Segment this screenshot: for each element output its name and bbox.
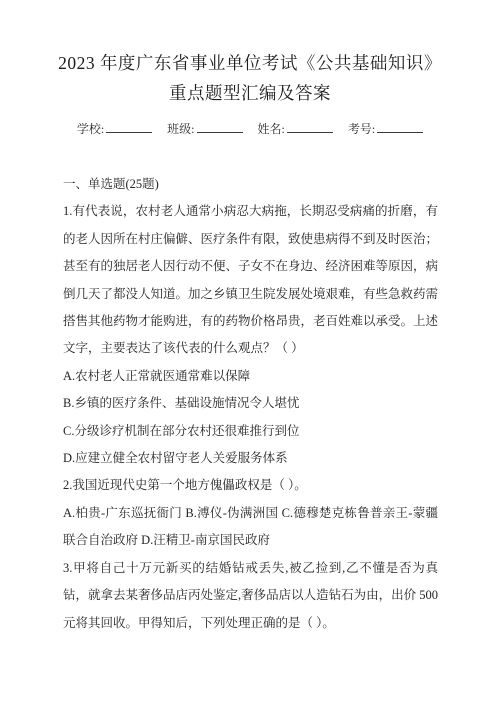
exam-number-field: 考号: xyxy=(348,120,423,137)
question-1-stem: 1.有代表说，农村老人通常小病忍大病拖，长期忍受病痛的折磨，有的老人因所在村庄偏… xyxy=(63,198,438,362)
section-heading: 一、单选题(25题) xyxy=(63,171,438,198)
school-blank xyxy=(106,121,152,133)
question-2: 2.我国近现代史第一个地方傀儡政权是（ ）。 A.柏贵-广东巡抚衙门 B.溥仪-… xyxy=(63,472,438,554)
exam-number-label: 考号: xyxy=(348,122,375,136)
school-field: 学校: xyxy=(77,120,152,137)
exam-number-blank xyxy=(377,121,423,133)
exam-content: 一、单选题(25题) 1.有代表说，农村老人通常小病忍大病拖，长期忍受病痛的折磨… xyxy=(63,171,438,637)
question-2-stem: 2.我国近现代史第一个地方傀儡政权是（ ）。 xyxy=(63,472,438,499)
class-field: 班级: xyxy=(167,120,242,137)
student-info-line: 学校: 班级: 姓名: 考号: xyxy=(0,120,500,137)
question-1-option-b: B.乡镇的医疗条件、基础设施情况令人堪忧 xyxy=(63,390,438,417)
name-label: 姓名: xyxy=(258,122,285,136)
question-1-option-c: C.分级诊疗机制在部分农村还很难推行到位 xyxy=(63,418,438,445)
question-3-stem: 3.甲将自己十万元新买的结婚钻戒丢失,被乙捡到,乙不懂是否为真钻，就拿去某奢侈品… xyxy=(63,555,438,637)
class-label: 班级: xyxy=(167,122,194,136)
question-1-option-d: D.应建立健全农村留守老人关爱服务体系 xyxy=(63,445,438,472)
class-blank xyxy=(197,121,243,133)
exam-document-page: 2023 年度广东省事业单位考试《公共基础知识》重点题型汇编及答案 学校: 班级… xyxy=(0,0,500,707)
school-label: 学校: xyxy=(77,122,104,136)
document-title: 2023 年度广东省事业单位考试《公共基础知识》重点题型汇编及答案 xyxy=(55,48,445,108)
name-field: 姓名: xyxy=(258,120,333,137)
question-1-option-a: A.农村老人正常就医通常难以保障 xyxy=(63,363,438,390)
question-1: 1.有代表说，农村老人通常小病忍大病拖，长期忍受病痛的折磨，有的老人因所在村庄偏… xyxy=(63,198,438,472)
question-3: 3.甲将自己十万元新买的结婚钻戒丢失,被乙捡到,乙不懂是否为真钻，就拿去某奢侈品… xyxy=(63,555,438,637)
name-blank xyxy=(287,121,333,133)
question-2-options: A.柏贵-广东巡抚衙门 B.溥仪-伪满洲国 C.德穆楚克栋鲁普亲王-蒙疆联合自治… xyxy=(63,500,438,555)
